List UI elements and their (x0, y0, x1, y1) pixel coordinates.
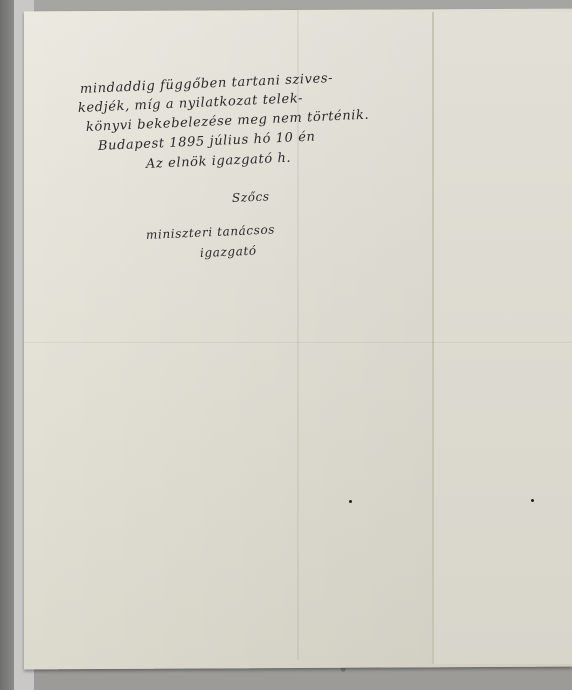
horizontal-fold-line (24, 342, 572, 343)
letter-page-adjacent (432, 12, 572, 664)
vertical-fold-line (297, 10, 299, 660)
paper-mark (531, 499, 534, 502)
paper-mark (349, 500, 352, 503)
table-edge (0, 0, 14, 690)
signer-role: igazgató (200, 244, 257, 260)
signature: Szőcs (232, 189, 270, 205)
